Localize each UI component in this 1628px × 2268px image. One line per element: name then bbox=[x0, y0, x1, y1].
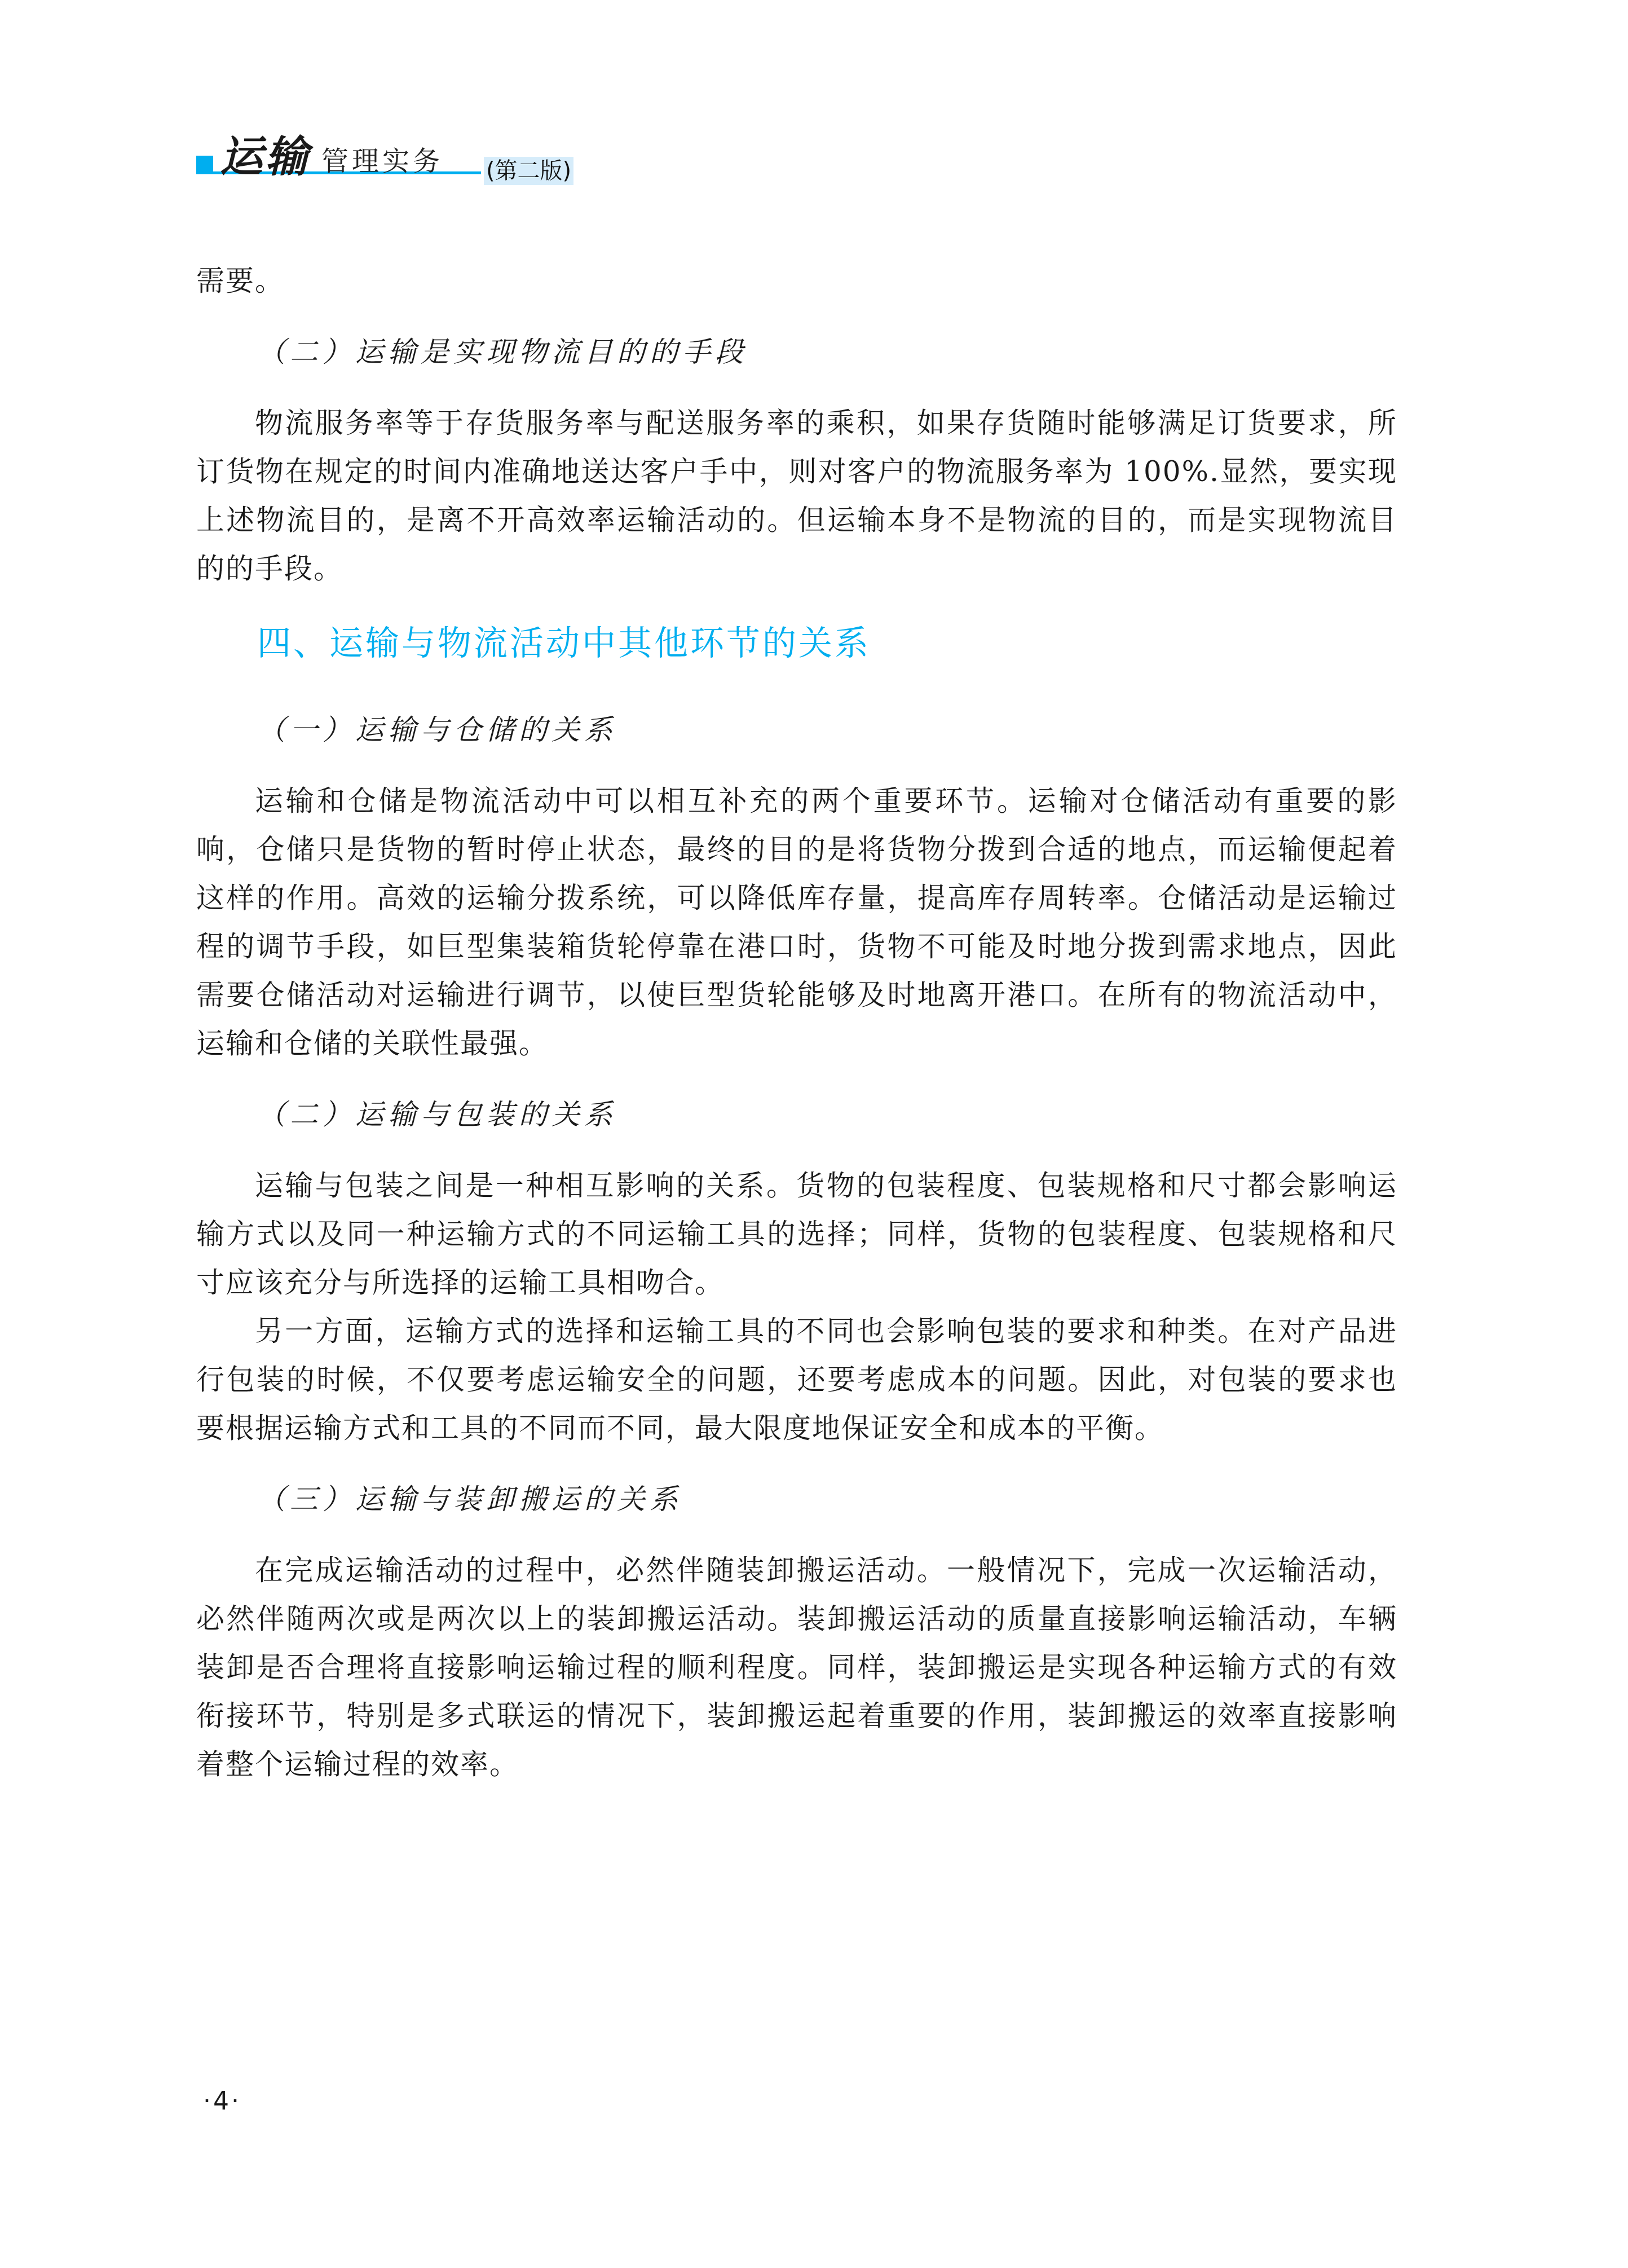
subheading-storage: （一）运输与仓储的关系 bbox=[196, 706, 1397, 754]
subheading-transport-means: （二）运输是实现物流目的的手段 bbox=[196, 328, 1397, 376]
paragraph-packaging-2: 另一方面，运输方式的选择和运输工具的不同也会影响包装的要求和种类。在对产品进行包… bbox=[196, 1307, 1397, 1452]
book-title-brand: 运输 bbox=[220, 134, 310, 179]
paragraph-continuation: 需要。 bbox=[196, 257, 1397, 305]
paragraph-storage: 运输和仓储是物流活动中可以相互补充的两个重要环节。运输对仓储活动有重要的影响，仓… bbox=[196, 777, 1397, 1068]
subheading-packaging: （二）运输与包装的关系 bbox=[196, 1090, 1397, 1139]
header-accent-block bbox=[196, 156, 213, 173]
page-number: ·4· bbox=[203, 2087, 241, 2116]
running-header: 运输 管理实务 (第二版) bbox=[196, 134, 704, 185]
paragraph-packaging-1: 运输与包装之间是一种相互影响的关系。货物的包装程度、包装规格和尺寸都会影响运输方… bbox=[196, 1161, 1397, 1307]
section-heading-4: 四、运输与物流活动中其他环节的关系 bbox=[196, 615, 1397, 672]
book-title-subtitle: 管理实务 bbox=[321, 146, 443, 177]
book-edition-badge: (第二版) bbox=[484, 157, 573, 185]
paragraph-handling: 在完成运输活动的过程中，必然伴随装卸搬运活动。一般情况下，完成一次运输活动，必然… bbox=[196, 1546, 1397, 1789]
page-body: 需要。 （二）运输是实现物流目的的手段 物流服务率等于存货服务率与配送服务率的乘… bbox=[196, 257, 1397, 1789]
subheading-handling: （三）运输与装卸搬运的关系 bbox=[196, 1475, 1397, 1523]
paragraph-service-rate: 物流服务率等于存货服务率与配送服务率的乘积，如果存货随时能够满足订货要求，所订货… bbox=[196, 399, 1397, 593]
